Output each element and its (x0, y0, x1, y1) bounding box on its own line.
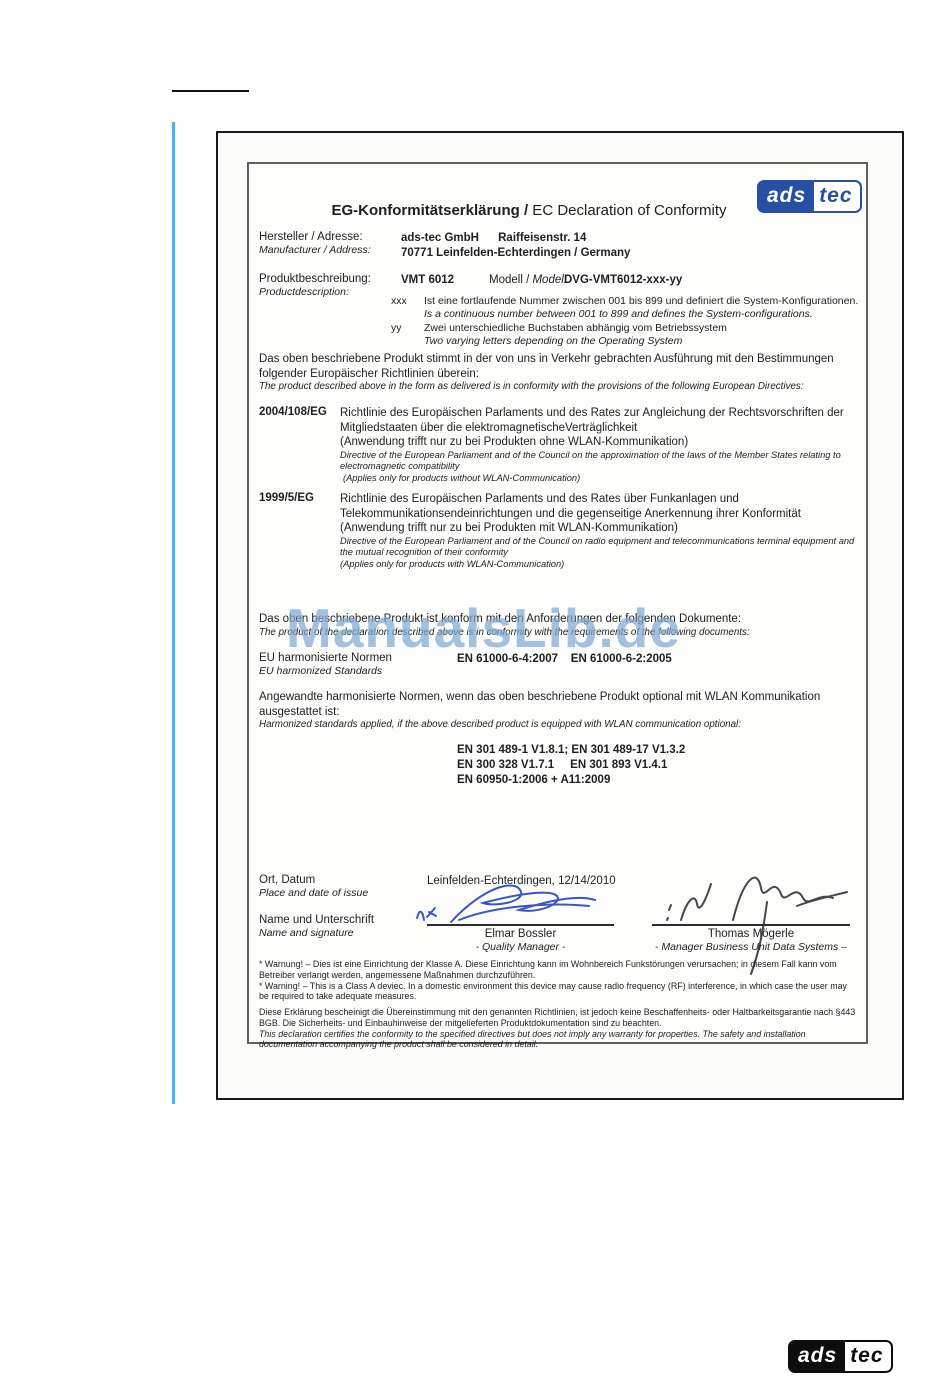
manufacturer-value: ads-tec GmbH Raiffeisenstr. 14 70771 Lei… (401, 231, 630, 261)
directive-text-2004-108-eg: Richtlinie des Europäischen Parlaments u… (340, 406, 860, 484)
adstec-logo-tec-segment: tec (814, 180, 861, 213)
directive-text-1999-5-eg: Richtlinie des Europäischen Parlaments u… (340, 492, 860, 570)
top-margin-rule (172, 90, 249, 92)
product-label: Produktbeschreibung: Productdescription: (259, 273, 371, 299)
signature-line-left (427, 924, 614, 926)
manufacturer-label: Hersteller / Adresse: Manufacturer / Add… (259, 231, 371, 257)
signatory-right: Thomas Mögerle - Manager Business Unit D… (640, 928, 862, 954)
note-text-xxx: Ist eine fortlaufende Nummer zwischen 00… (424, 295, 860, 320)
note-term-xxx: xxx (391, 295, 407, 307)
disclaimer: Diese Erklärung bescheinigt die Übereins… (259, 1007, 858, 1050)
directive-code-1999-5-eg: 1999/5/EG (259, 492, 341, 504)
manualslib-watermark: ManualsLib.de (286, 596, 681, 660)
document-title: EG-Konformitätserklärung / EC Declaratio… (249, 202, 809, 219)
adstec-logo-black: ads tec (788, 1340, 893, 1373)
signatory-left: Elmar Bossler - Quality Manager - (427, 928, 614, 954)
signature-line-right (652, 924, 850, 926)
conformity-intro: Das oben beschriebene Produkt stimmt in … (259, 352, 858, 393)
wlan-standards-list: EN 301 489-1 V1.8.1; EN 301 489-17 V1.3.… (457, 743, 685, 788)
document-title-en: EC Declaration of Conformity (528, 202, 726, 219)
note-term-yy: yy (391, 322, 402, 334)
left-accent-line (172, 122, 175, 1104)
adstec-logo-tec-segment: tec (845, 1340, 892, 1373)
product-name: VMT 6012 (401, 273, 454, 288)
signature-label: Name und Unterschrift Name and signature (259, 914, 374, 940)
model-number: DVG-VMT6012-xxx-yy (564, 273, 682, 288)
note-text-yy: Zwei unterschiedliche Buchstaben abhängi… (424, 322, 860, 347)
issue-label: Ort, Datum Place and date of issue (259, 874, 368, 900)
model-label: Modell / Model: (489, 273, 567, 288)
wlan-standards-intro: Angewandte harmonisierte Normen, wenn da… (259, 690, 858, 731)
directive-code-2004-108-eg: 2004/108/EG (259, 406, 341, 418)
signature-ink-right (647, 862, 862, 924)
class-a-warning: * Warnung! – Dies ist eine Einrichtung d… (259, 959, 858, 1002)
adstec-logo-ads-segment: ads (788, 1340, 845, 1373)
document-title-de: EG-Konformitätserklärung / (331, 202, 528, 219)
signature-ink-left (399, 876, 619, 928)
